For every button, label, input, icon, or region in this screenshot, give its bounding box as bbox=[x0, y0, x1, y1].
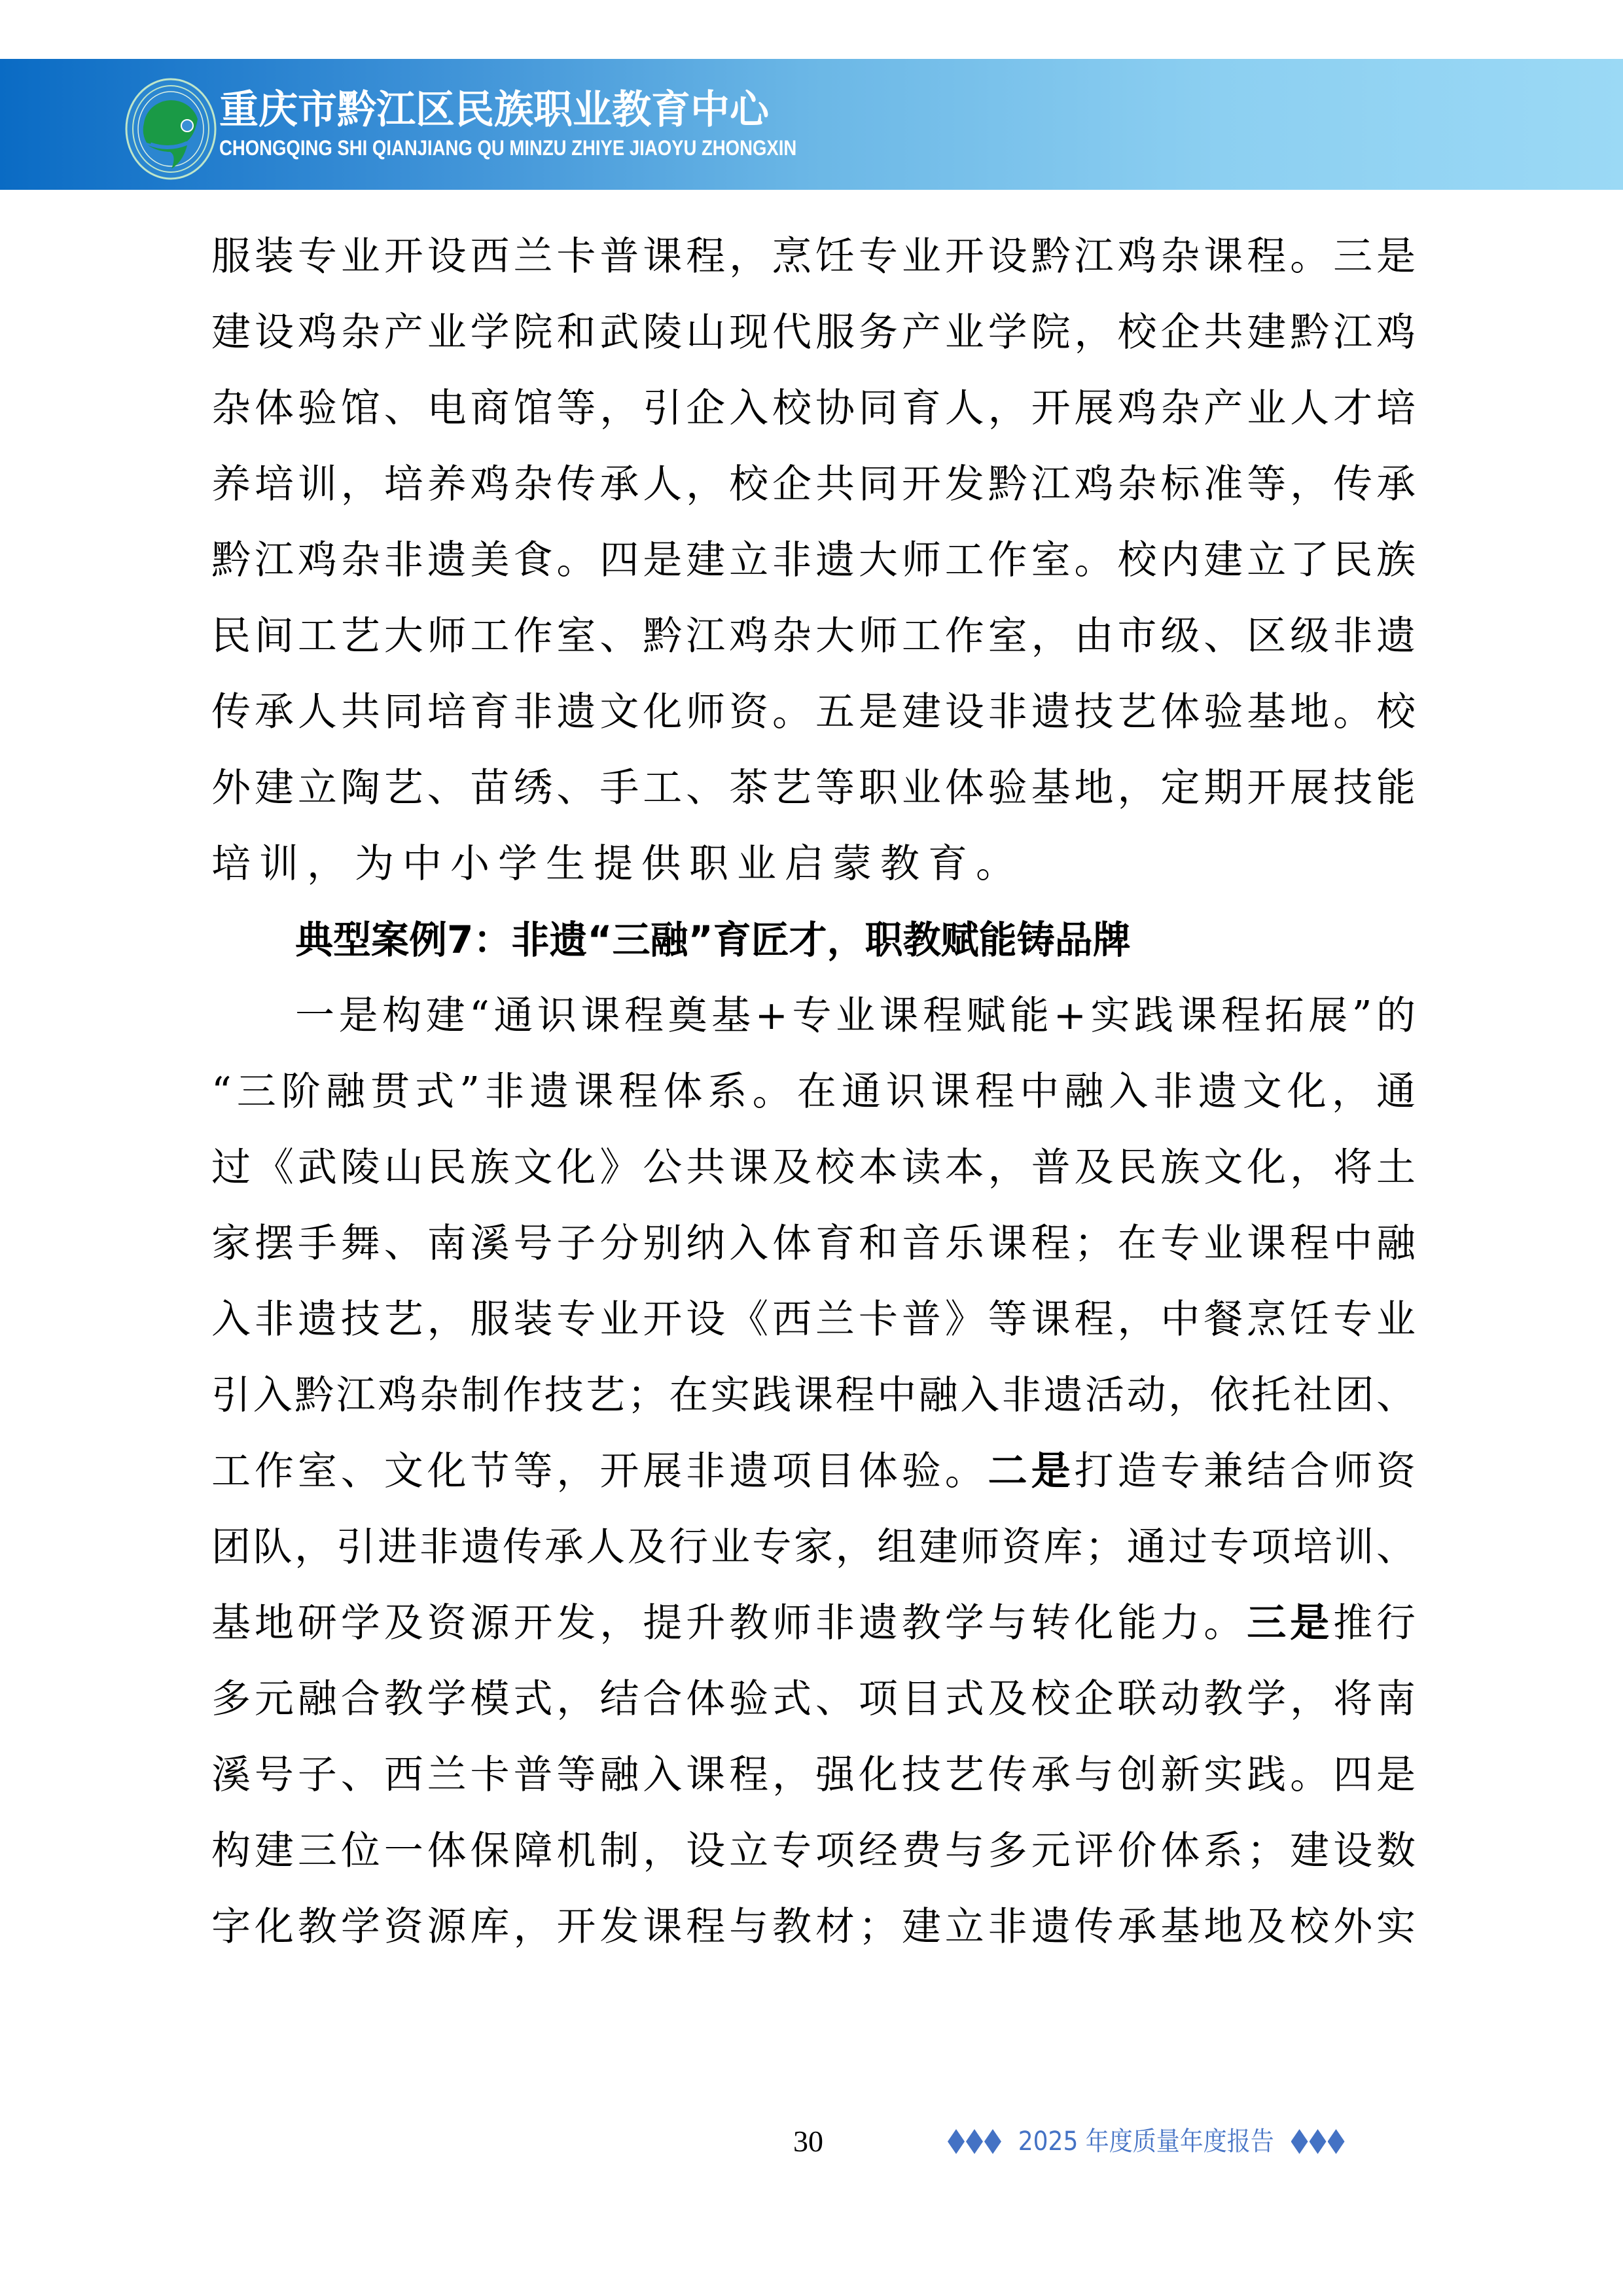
diamond-icon bbox=[984, 2129, 1001, 2154]
organization-title: 重庆市黔江区民族职业教育中心 bbox=[219, 86, 769, 134]
diamond-group-right bbox=[1291, 2129, 1345, 2154]
document-body: 服装专业开设西兰卡普课程，烹饪专业开设黔江鸡杂课程。三是 建设鸡杂产业学院和武陵… bbox=[211, 219, 1416, 1965]
paragraph-line: 字化教学资源库，开发课程与教材；建立非遗传承基地及校外实 bbox=[211, 1889, 1416, 1965]
diamond-icon bbox=[966, 2129, 983, 2154]
paragraph-line: 多元融合教学模式，结合体验式、项目式及校企联动教学，将南 bbox=[211, 1661, 1416, 1737]
paragraph-line: 服装专业开设西兰卡普课程，烹饪专业开设黔江鸡杂课程。三是 bbox=[211, 219, 1416, 295]
paragraph-line: 家摆手舞、南溪号子分别纳入体育和音乐课程；在专业课程中融 bbox=[211, 1206, 1416, 1282]
paragraph-line: “三阶融贯式”非遗课程体系。在通识课程中融入非遗文化，通 bbox=[211, 1054, 1416, 1130]
paragraph-line: 溪号子、西兰卡普等融入课程，强化技艺传承与创新实践。四是 bbox=[211, 1737, 1416, 1813]
paragraph-line: 杂体验馆、电商馆等，引企入校协同育人，开展鸡杂产业人才培 bbox=[211, 370, 1416, 446]
school-emblem-icon bbox=[124, 77, 217, 181]
diamond-icon bbox=[948, 2129, 965, 2154]
line-text: 推行 bbox=[1333, 1600, 1416, 1646]
footer-report-label: 2025 年度质量年度报告 bbox=[948, 2123, 1345, 2160]
paragraph-line: 团队，引进非遗传承人及行业专家，组建师资库；通过专项培训、 bbox=[211, 1509, 1416, 1585]
paragraph-line: 入非遗技艺，服装专业开设《西兰卡普》等课程，中餐烹饪专业 bbox=[211, 1282, 1416, 1357]
emphasis-text: 三是 bbox=[1247, 1600, 1333, 1646]
line-text: 基地研学及资源开发，提升教师非遗教学与转化能力。 bbox=[211, 1600, 1247, 1646]
paragraph-line: 建设鸡杂产业学院和武陵山现代服务产业学院，校企共建黔江鸡 bbox=[211, 295, 1416, 370]
paragraph-line: 构建三位一体保障机制，设立专项经费与多元评价体系；建设数 bbox=[211, 1813, 1416, 1889]
report-title: 2025 年度质量年度报告 bbox=[1018, 2123, 1274, 2160]
diamond-icon bbox=[1291, 2129, 1308, 2154]
diamond-icon bbox=[1310, 2129, 1327, 2154]
paragraph-line: 养培训，培养鸡杂传承人，校企共同开发黔江鸡杂标准等，传承 bbox=[211, 446, 1416, 522]
paragraph-line: 黔江鸡杂非遗美食。四是建立非遗大师工作室。校内建立了民族 bbox=[211, 522, 1416, 598]
paragraph-line: 一是构建“通识课程奠基+专业课程赋能+实践课程拓展”的 bbox=[211, 978, 1416, 1054]
case-heading: 典型案例7：非遗“三融”育匠才，职教赋能铸品牌 bbox=[211, 902, 1416, 978]
diamond-icon bbox=[1328, 2129, 1345, 2154]
paragraph-line: 民间工艺大师工作室、黔江鸡杂大师工作室，由市级、区级非遗 bbox=[211, 598, 1416, 674]
paragraph-line: 引入黔江鸡杂制作技艺；在实践课程中融入非遗活动，依托社团、 bbox=[211, 1357, 1416, 1433]
emphasis-text: 二是 bbox=[988, 1448, 1075, 1494]
paragraph-line: 培训，为中小学生提供职业启蒙教育。 bbox=[211, 826, 1416, 902]
paragraph-line: 传承人共同培育非遗文化师资。五是建设非遗技艺体验基地。校 bbox=[211, 674, 1416, 750]
paragraph-line: 工作室、文化节等，开展非遗项目体验。二是打造专兼结合师资 bbox=[211, 1433, 1416, 1509]
line-text: 工作室、文化节等，开展非遗项目体验。 bbox=[211, 1448, 988, 1494]
paragraph-line: 过《武陵山民族文化》公共课及校本读本，普及民族文化，将土 bbox=[211, 1130, 1416, 1206]
page-number: 30 bbox=[793, 2123, 823, 2160]
line-text: 打造专兼结合师资 bbox=[1075, 1448, 1416, 1494]
paragraph-line: 外建立陶艺、苗绣、手工、茶艺等职业体验基地，定期开展技能 bbox=[211, 750, 1416, 826]
diamond-group-left bbox=[948, 2129, 1001, 2154]
paragraph-line: 基地研学及资源开发，提升教师非遗教学与转化能力。三是推行 bbox=[211, 1585, 1416, 1661]
organization-subtitle: CHONGQING SHI QIANJIANG QU MINZU ZHIYE J… bbox=[219, 135, 796, 161]
